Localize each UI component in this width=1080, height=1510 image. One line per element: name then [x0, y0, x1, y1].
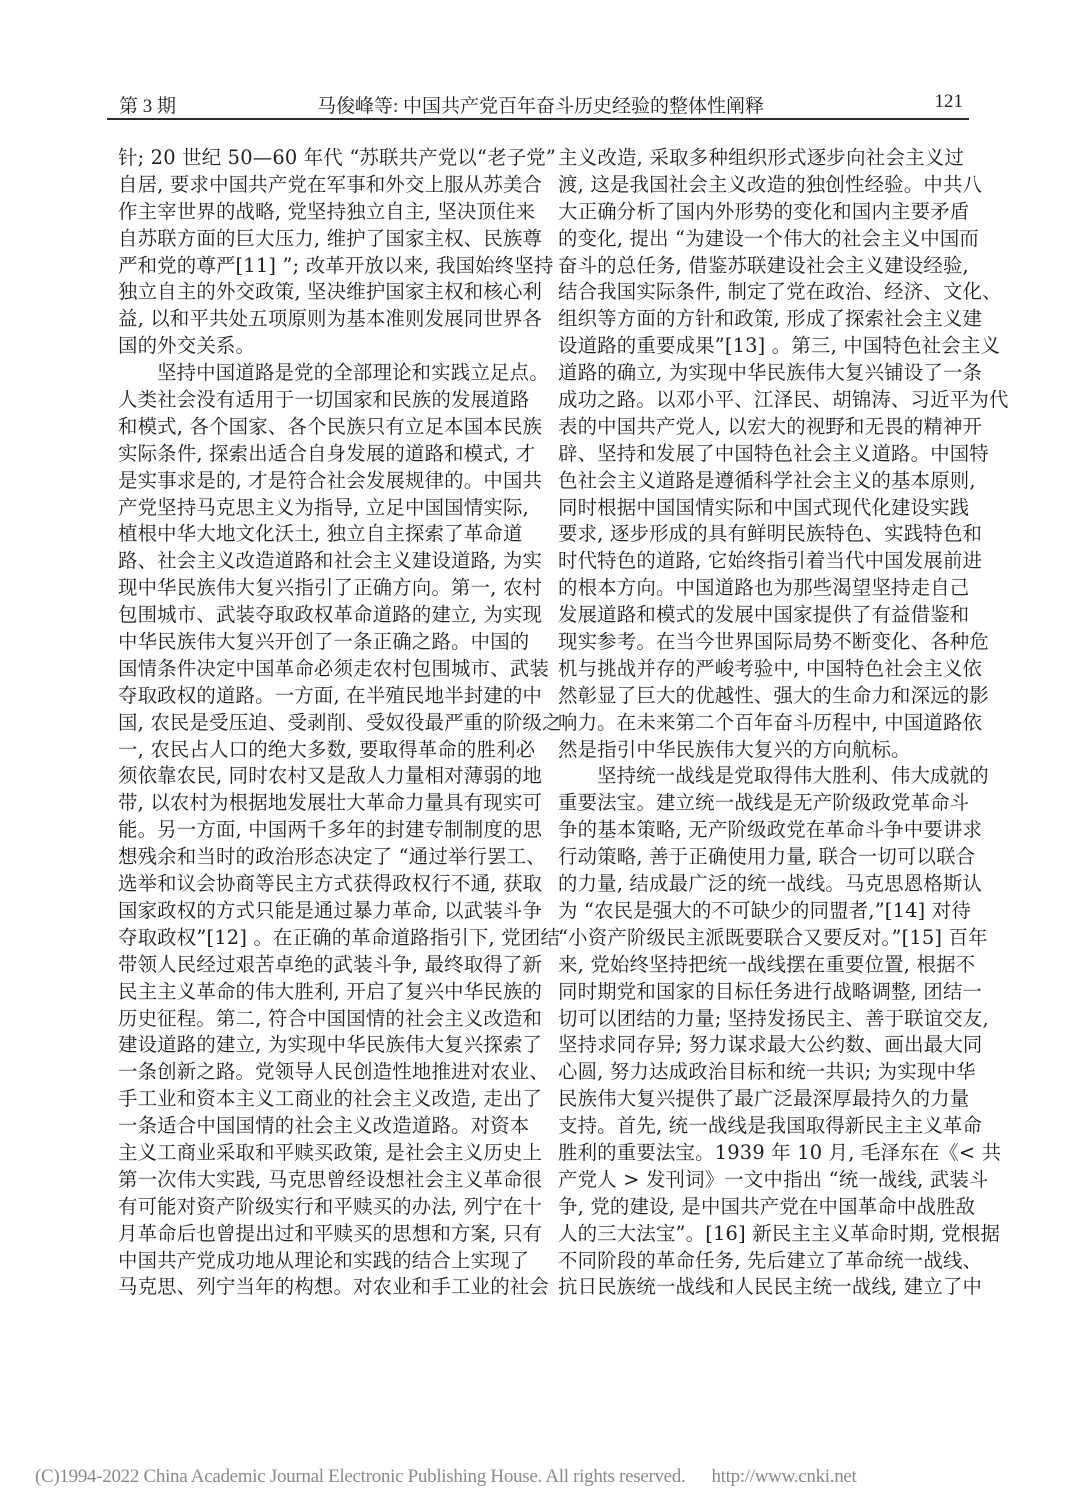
text-line: 的力量, 结成最广泛的统一战线。马克思恩格斯认 [558, 871, 964, 898]
text-line: 坚持统一战线是党取得伟大胜利、伟大成就的 [558, 763, 964, 790]
text-line: 一, 农民占人口的绝大多数, 要取得革命的胜利必 [118, 737, 520, 764]
text-line: 同时根据中国国情实际和中国式现代化建设实践 [558, 495, 964, 522]
text-line: 争, 党的建设, 是中国共产党在中国革命中战胜敌 [558, 1194, 964, 1221]
text-line: 夺取政权的道路。一方面, 在半殖民地半封建的中 [118, 683, 520, 710]
text-line: 渡, 这是我国社会主义改造的独创性经验。中共八 [558, 172, 964, 199]
text-line: 支持。首先, 统一战线是我国取得新民主主义革命 [558, 1113, 964, 1140]
text-line: 行动策略, 善于正确使用力量, 联合一切可以联合 [558, 844, 964, 871]
text-line: 然彰显了巨大的优越性、强大的生命力和深远的影 [558, 683, 964, 710]
text-line: 带, 以农村为根据地发展壮大革命力量具有现实可 [118, 790, 520, 817]
text-line: 路、社会主义改造道路和社会主义建设道路, 为实 [118, 548, 520, 575]
text-line: 道路的确立, 为实现中华民族伟大复兴铺设了一条 [558, 360, 964, 387]
text-line: 来, 党始终坚持把统一战线摆在重要位置, 根据不 [558, 952, 964, 979]
text-line: 响力。在未来第二个百年奋斗历程中, 中国道路依 [558, 710, 964, 737]
text-line: 第一次伟大实践, 马克思曾经设想社会主义革命很 [118, 1167, 520, 1194]
text-line: 辟、坚持和发展了中国特色社会主义道路。中国特 [558, 441, 964, 468]
text-line: 建设道路的建立, 为实现中华民族伟大复兴探索了 [118, 1032, 520, 1059]
text-line: 自苏联方面的巨大压力, 维护了国家主权、民族尊 [118, 226, 520, 253]
text-line: 不同阶段的革命任务, 先后建立了革命统一战线、 [558, 1248, 964, 1275]
text-line: 设道路的重要成果”[13] 。第三, 中国特色社会主义 [558, 333, 964, 360]
text-line: 主义改造, 采取多种组织形式逐步向社会主义过 [558, 145, 964, 172]
text-line: 发展道路和模式的发展中国家提供了有益借鉴和 [558, 602, 964, 629]
text-line: 历史征程。第二, 符合中国国情的社会主义改造和 [118, 1006, 520, 1033]
text-line: 主义工商业采取和平赎买政策, 是社会主义历史上 [118, 1140, 520, 1167]
text-line: 要求, 逐步形成的具有鲜明民族特色、实践特色和 [558, 521, 964, 548]
text-line: 包围城市、武装夺取政权革命道路的建立, 为实现 [118, 602, 520, 629]
text-line: 为 “农民是强大的不可缺少的同盟者,”[14] 对待 [558, 898, 964, 925]
text-line: 和模式, 各个国家、各个民族只有立足本国本民族 [118, 414, 520, 441]
text-line: 实际条件, 探索出适合自身发展的道路和模式, 才 [118, 441, 520, 468]
page-number: 121 [935, 91, 964, 113]
text-line: 争的基本策略, 无产阶级政党在革命斗争中要讲求 [558, 817, 964, 844]
text-line: 产党坚持马克思主义为指导, 立足中国国情实际, [118, 495, 520, 522]
text-line: 坚持中国道路是党的全部理论和实践立足点。 [118, 360, 520, 387]
text-line: 植根中华大地文化沃土, 独立自主探索了革命道 [118, 521, 520, 548]
text-line: 自居, 要求中国共产党在军事和外交上服从苏美合 [118, 172, 520, 199]
text-line: 选举和议会协商等民主方式获得政权行不通, 获取 [118, 871, 520, 898]
text-line: 同时期党和国家的目标任务进行战略调整, 团结一 [558, 979, 964, 1006]
text-line: 独立自主的外交政策, 坚决维护国家主权和核心利 [118, 279, 520, 306]
text-line: 坚持求同存异; 努力谋求最大公约数、画出最大同 [558, 1032, 964, 1059]
text-line: 马克思、列宁当年的构想。对农业和手工业的社会 [118, 1274, 520, 1301]
text-line: 中华民族伟大复兴开创了一条正确之路。中国的 [118, 629, 520, 656]
text-line: 现中华民族伟大复兴指引了正确方向。第一, 农村 [118, 575, 520, 602]
text-line: 一条适合中国国情的社会主义改造道路。对资本 [118, 1113, 520, 1140]
copyright-footer: (C)1994-2022 China Academic Journal Elec… [35, 1466, 1045, 1488]
cnki-link[interactable]: http://www.cnki.net [711, 1466, 856, 1487]
text-line: 的变化, 提出 “为建设一个伟大的社会主义中国而 [558, 226, 964, 253]
text-line: 人类社会没有适用于一切国家和民族的发展道路 [118, 387, 520, 414]
text-line: 切可以团结的力量; 坚持发扬民主、善于联谊交友, [558, 1006, 964, 1033]
text-line: 结合我国实际条件, 制定了党在政治、经济、文化、 [558, 279, 964, 306]
text-line: 严和党的尊严[11] ”; 改革开放以来, 我国始终坚持 [118, 253, 520, 280]
text-line: 国情条件决定中国革命必须走农村包围城市、武装 [118, 656, 520, 683]
text-line: 月革命后也曾提出过和平赎买的思想和方案, 只有 [118, 1221, 520, 1248]
text-line: 表的中国共产党人, 以宏大的视野和无畏的精神开 [558, 414, 964, 441]
text-line: 色社会主义道路是遵循科学社会主义的基本原则, [558, 468, 964, 495]
text-line: 的根本方向。中国道路也为那些渴望坚持走自己 [558, 575, 964, 602]
text-line: 想残余和当时的政治形态决定了 “通过举行罢工、 [118, 844, 520, 871]
issue-number: 第 3 期 [119, 91, 176, 118]
text-line: 中国共产党成功地从理论和实践的结合上实现了 [118, 1248, 520, 1275]
text-line: 一条创新之路。党领导人民创造性地推进对农业、 [118, 1059, 520, 1086]
text-line: 胜利的重要法宝。1939 年 10 月, 毛泽东在《< 共 [558, 1140, 964, 1167]
text-line: 须依靠农民, 同时农村又是敌人力量相对薄弱的地 [118, 763, 520, 790]
text-line: 针; 20 世纪 50—60 年代 “苏联共产党以“老子党” [118, 145, 520, 172]
text-line: 然是指引中华民族伟大复兴的方向航标。 [558, 737, 964, 764]
text-line: 民主主义革命的伟大胜利, 开启了复兴中华民族的 [118, 979, 520, 1006]
text-line: 重要法宝。建立统一战线是无产阶级政党革命斗 [558, 790, 964, 817]
text-line: 产党人 > 发刊词》一文中指出 “统一战线, 武装斗 [558, 1167, 964, 1194]
text-line: 能。另一方面, 中国两千多年的封建专制制度的思 [118, 817, 520, 844]
text-line: 是实事求是的, 才是符合社会发展规律的。中国共 [118, 468, 520, 495]
text-line: 民族伟大复兴提供了最广泛最深厚最持久的力量 [558, 1086, 964, 1113]
text-line: 手工业和资本主义工商业的社会主义改造, 走出了 [118, 1086, 520, 1113]
text-line: 人的三大法宝”。[16] 新民主主义革命时期, 党根据 [558, 1221, 964, 1248]
text-line: “小资产阶级民主派既要联合又要反对。”[15] 百年 [558, 925, 964, 952]
text-line: 夺取政权”[12] 。在正确的革命道路指引下, 党团结 [118, 925, 520, 952]
text-line: 带领人民经过艰苦卓绝的武装斗争, 最终取得了新 [118, 952, 520, 979]
text-line: 时代特色的道路, 它始终指引着当代中国发展前进 [558, 548, 964, 575]
text-line: 有可能对资产阶级实行和平赎买的办法, 列宁在十 [118, 1194, 520, 1221]
left-column: 针; 20 世纪 50—60 年代 “苏联共产党以“老子党”自居, 要求中国共产… [118, 145, 520, 1301]
text-line: 心圆, 努力达成政治目标和统一共识; 为实现中华 [558, 1059, 964, 1086]
text-line: 国, 农民是受压迫、受剥削、受奴役最严重的阶级之 [118, 710, 520, 737]
running-header: 第 3 期 马俊峰等: 中国共产党百年奋斗历史经验的整体性阐释 121 [107, 88, 969, 120]
text-line: 成功之路。以邓小平、江泽民、胡锦涛、习近平为代 [558, 387, 964, 414]
text-line: 机与挑战并存的严峻考验中, 中国特色社会主义依 [558, 656, 964, 683]
text-line: 抗日民族统一战线和人民民主统一战线, 建立了中 [558, 1274, 964, 1301]
text-line: 国的外交关系。 [118, 333, 520, 360]
text-line: 大正确分析了国内外形势的变化和国内主要矛盾 [558, 199, 964, 226]
copyright-text: (C)1994-2022 China Academic Journal Elec… [35, 1466, 685, 1487]
text-line: 国家政权的方式只能是通过暴力革命, 以武装斗争 [118, 898, 520, 925]
running-title: 马俊峰等: 中国共产党百年奋斗历史经验的整体性阐释 [317, 91, 764, 118]
text-line: 组织等方面的方针和政策, 形成了探索社会主义建 [558, 306, 964, 333]
text-line: 奋斗的总任务, 借鉴苏联建设社会主义建设经验, [558, 253, 964, 280]
right-column: 主义改造, 采取多种组织形式逐步向社会主义过渡, 这是我国社会主义改造的独创性经… [558, 145, 964, 1301]
text-line: 益, 以和平共处五项原则为基本准则发展同世界各 [118, 306, 520, 333]
text-line: 作主宰世界的战略, 党坚持独立自主, 坚决顶住来 [118, 199, 520, 226]
text-line: 现实参考。在当今世界国际局势不断变化、各种危 [558, 629, 964, 656]
